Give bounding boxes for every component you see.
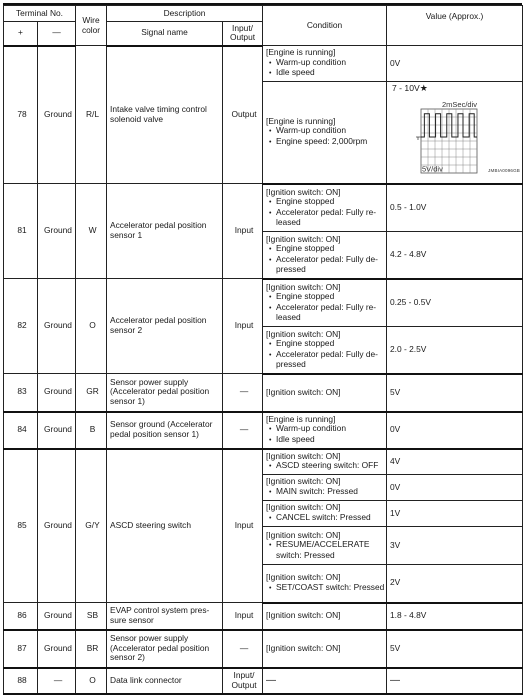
value-cell: 1V — [387, 501, 523, 527]
condition-bullet: CANCEL switch: Pressed — [266, 513, 386, 524]
input-output-cell: Output — [223, 46, 263, 184]
terminal-plus-cell: 85 — [4, 449, 38, 603]
input-output-cell: Input — [223, 184, 263, 279]
value-text: 1V — [390, 508, 400, 518]
signal-name-cell: Sensor power supply (Accelerator pedal p… — [107, 630, 223, 668]
wire-color-cell: W — [76, 184, 107, 279]
wire-color-cell: BR — [76, 630, 107, 668]
header-input-output: Input/ Output — [223, 22, 263, 46]
condition-cell: [Ignition switch: ON]SET/COAST switch: P… — [263, 565, 387, 603]
condition-cell: [Ignition switch: ON]RESUME/ACCELERATE s… — [263, 527, 387, 565]
figure-code: JMBIA0096GB — [488, 166, 520, 176]
condition-bullet: RESUME/ACCELERATE switch: Pressed — [266, 540, 386, 560]
value-text: 3V — [390, 540, 400, 550]
condition-cell: [Engine is running]Warm-up conditionEngi… — [263, 82, 387, 184]
terminal-plus-cell: 86 — [4, 603, 38, 630]
condition-cell: — — [263, 668, 387, 694]
condition-cell: [Ignition switch: ON]ASCD steering switc… — [263, 449, 387, 475]
value-cell: 0V — [387, 475, 523, 501]
value-text: — — [390, 675, 400, 686]
terminal-plus-cell: 82 — [4, 279, 38, 374]
condition-cell: [Ignition switch: ON]CANCEL switch: Pres… — [263, 501, 387, 527]
svg-text:5V/div: 5V/div — [422, 165, 443, 174]
condition-bullet: Accelerator pedal: Fully re-leased — [266, 303, 386, 323]
input-output-cell: Input — [223, 279, 263, 374]
table-row: 85GroundG/YASCD steering switchInput[Ign… — [4, 449, 523, 475]
value-cell: 5V — [387, 630, 523, 668]
input-output-cell: Input — [223, 449, 263, 603]
signal-name-cell: Intake valve timing control solenoid val… — [107, 46, 223, 184]
value-cell: 2V — [387, 565, 523, 603]
condition-heading: [Ignition switch: ON] — [266, 611, 386, 621]
value-cell: 1.8 - 4.8V — [387, 603, 523, 630]
table-row: 87GroundBRSensor power supply (Accelerat… — [4, 630, 523, 668]
condition-bullet: Idle speed — [266, 435, 386, 446]
condition-bullet: Accelerator pedal: Fully de-pressed — [266, 255, 386, 275]
input-output-cell: — — [223, 630, 263, 668]
condition-cell: [Ignition switch: ON] — [263, 374, 387, 412]
value-text: 2V — [390, 577, 400, 587]
value-cell: — — [387, 668, 523, 694]
terminal-plus-cell: 87 — [4, 630, 38, 668]
value-cell: 2.0 - 2.5V — [387, 327, 523, 374]
terminal-minus-cell: Ground — [38, 449, 76, 603]
value-cell: 7 - 10V★2mSec/div5V/divJMBIA0096GB — [387, 82, 523, 184]
condition-cell: [Ignition switch: ON] — [263, 603, 387, 630]
input-output-cell: Input/ Output — [223, 668, 263, 694]
signal-name-cell: Data link connector — [107, 668, 223, 694]
condition-cell: [Ignition switch: ON]MAIN switch: Presse… — [263, 475, 387, 501]
terminal-minus-cell: — — [38, 668, 76, 694]
value-text: 2.0 - 2.5V — [390, 344, 426, 354]
table-row: 81GroundWAccelerator pedal position sens… — [4, 184, 523, 232]
signal-name-cell: Accelerator pedal position sensor 2 — [107, 279, 223, 374]
waveform-figure: 7 - 10V★2mSec/div5V/divJMBIA0096GB — [392, 82, 522, 178]
header-value: Value (Approx.) — [387, 6, 523, 46]
signal-name-cell: Sensor ground (Accelerator pedal positio… — [107, 412, 223, 449]
value-text: 0.5 - 1.0V — [390, 202, 426, 212]
value-text: 5V — [390, 643, 400, 653]
condition-cell: [Ignition switch: ON] — [263, 630, 387, 668]
condition-bullet: Idle speed — [266, 68, 386, 79]
header-signal-name: Signal name — [107, 22, 223, 46]
table-body: 78GroundR/LIntake valve timing control s… — [4, 46, 523, 694]
input-output-cell: — — [223, 412, 263, 449]
terminal-minus-cell: Ground — [38, 46, 76, 184]
value-cell: 4.2 - 4.8V — [387, 232, 523, 279]
condition-cell: [Ignition switch: ON]Engine stoppedAccel… — [263, 184, 387, 232]
terminal-plus-cell: 81 — [4, 184, 38, 279]
value-cell: 4V — [387, 449, 523, 475]
wire-color-cell: GR — [76, 374, 107, 412]
oscilloscope-waveform-icon: 2mSec/div5V/div — [392, 82, 524, 178]
wire-color-cell: R/L — [76, 46, 107, 184]
wire-color-cell: G/Y — [76, 449, 107, 603]
terminal-minus-cell: Ground — [38, 412, 76, 449]
value-cell: 5V — [387, 374, 523, 412]
wire-color-cell: O — [76, 279, 107, 374]
terminal-plus-cell: 78 — [4, 46, 38, 184]
terminal-minus-cell: Ground — [38, 279, 76, 374]
header-wire-color: Wire color — [76, 6, 107, 46]
condition-bullet: MAIN switch: Pressed — [266, 487, 386, 498]
condition-cell: [Ignition switch: ON]Engine stoppedAccel… — [263, 279, 387, 327]
header-terminal-no: Terminal No. — [4, 6, 76, 22]
table-row: 82GroundOAccelerator pedal position sens… — [4, 279, 523, 327]
condition-cell: [Ignition switch: ON]Engine stoppedAccel… — [263, 232, 387, 279]
condition-heading: [Ignition switch: ON] — [266, 388, 386, 398]
input-output-cell: — — [223, 374, 263, 412]
table-row: 84GroundBSensor ground (Accelerator peda… — [4, 412, 523, 449]
terminal-minus-cell: Ground — [38, 374, 76, 412]
condition-heading: [Ignition switch: ON] — [266, 644, 386, 654]
terminal-minus-cell: Ground — [38, 603, 76, 630]
value-text: 0V — [390, 424, 400, 434]
signal-name-cell: ASCD steering switch — [107, 449, 223, 603]
terminal-minus-cell: Ground — [38, 630, 76, 668]
condition-cell: [Engine is running]Warm-up conditionIdle… — [263, 412, 387, 449]
value-cell: 3V — [387, 527, 523, 565]
value-text: 4V — [390, 456, 400, 466]
value-cell: 0V — [387, 46, 523, 82]
signal-name-cell: EVAP control system pres-sure sensor — [107, 603, 223, 630]
condition-cell: [Ignition switch: ON]Engine stoppedAccel… — [263, 327, 387, 374]
value-cell: 0V — [387, 412, 523, 449]
wire-color-cell: O — [76, 668, 107, 694]
condition-bullet: Engine speed: 2,000rpm — [266, 137, 386, 148]
table-row: 78GroundR/LIntake valve timing control s… — [4, 46, 523, 82]
terminal-spec-table: Terminal No. Wire color Description Cond… — [3, 5, 523, 695]
value-text: 0V — [390, 58, 400, 68]
condition-bullet: SET/COAST switch: Pressed — [266, 583, 386, 594]
condition-bullet: Accelerator pedal: Fully de-pressed — [266, 350, 386, 370]
terminal-plus-cell: 83 — [4, 374, 38, 412]
value-text: 0.25 - 0.5V — [390, 297, 431, 307]
value-cell: 0.25 - 0.5V — [387, 279, 523, 327]
signal-name-cell: Sensor power supply (Accelerator pedal p… — [107, 374, 223, 412]
table-row: 86GroundSBEVAP control system pres-sure … — [4, 603, 523, 630]
wire-color-cell: SB — [76, 603, 107, 630]
header-condition: Condition — [263, 6, 387, 46]
value-text: 5V — [390, 387, 400, 397]
value-text: 4.2 - 4.8V — [390, 249, 426, 259]
input-output-cell: Input — [223, 603, 263, 630]
condition-none: — — [266, 675, 276, 686]
condition-bullet: Accelerator pedal: Fully re-leased — [266, 208, 386, 228]
wire-color-cell: B — [76, 412, 107, 449]
value-cell: 0.5 - 1.0V — [387, 184, 523, 232]
signal-name-cell: Accelerator pedal position sensor 1 — [107, 184, 223, 279]
terminal-minus-cell: Ground — [38, 184, 76, 279]
terminal-plus-cell: 84 — [4, 412, 38, 449]
header-description: Description — [107, 6, 263, 22]
table-row: 83GroundGRSensor power supply (Accelerat… — [4, 374, 523, 412]
svg-text:2mSec/div: 2mSec/div — [442, 100, 477, 109]
value-text: 0V — [390, 482, 400, 492]
value-text: 1.8 - 4.8V — [390, 610, 426, 620]
header-plus: + — [4, 22, 38, 46]
terminal-plus-cell: 88 — [4, 668, 38, 694]
condition-cell: [Engine is running]Warm-up conditionIdle… — [263, 46, 387, 82]
condition-bullet: ASCD steering switch: OFF — [266, 461, 386, 472]
header-minus: — — [38, 22, 76, 46]
table-row: 88—OData link connectorInput/ Output—— — [4, 668, 523, 694]
